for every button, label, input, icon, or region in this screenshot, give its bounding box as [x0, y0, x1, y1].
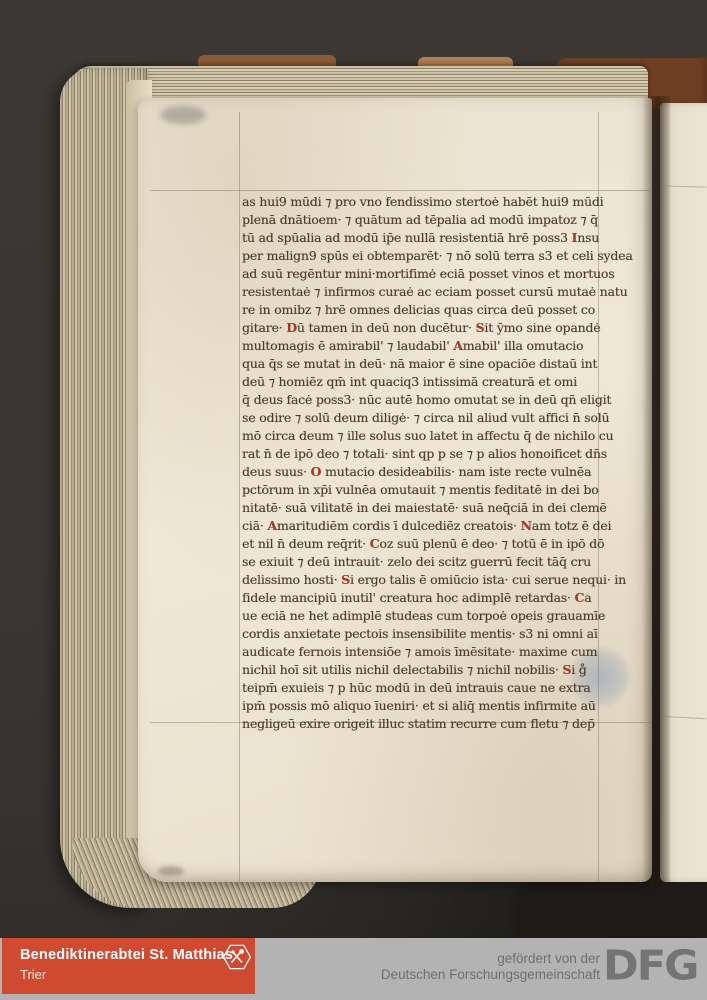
manuscript-text-line: nichil hoī sit utilis nichil delectabili… [242, 661, 614, 679]
manuscript-text-line: rat n̄ de ipō deo ⁊ totali· sint qp p se… [242, 445, 614, 463]
manuscript-text-line: per malign9 spūs ei obtemparēt· ⁊ nō sol… [242, 247, 614, 265]
manuscript-text-line: se odire ⁊ solū deum diligė· ⁊ circa nil… [242, 409, 614, 427]
funding-credit-line1: gefördert von der [381, 951, 600, 967]
manuscript-text-line: ue eciā ne het adimplē studeas cum torpo… [242, 607, 614, 625]
ruling-line [150, 190, 650, 191]
manuscript-text-line: tū ad spūalia ad modū ip̄e nullā resiste… [242, 229, 614, 247]
manuscript-text-line: re in omibz ⁊ hrē omnes delicias quas ci… [242, 301, 614, 319]
manuscript-text-line: deū ⁊ homiēz qm̄ int quaciq3 intissimā c… [242, 373, 614, 391]
ownership-banner: Benediktinerabtei St. Matthias Trier [2, 938, 255, 994]
smudge-mark [160, 106, 206, 124]
manuscript-text-line: resistentaė ⁊ infirmos curaė ac eciam po… [242, 283, 614, 301]
manuscript-text-line: audicate fernois intensiōe ⁊ amois īmēsi… [242, 643, 614, 661]
manuscript-text-line: pctōrum in xp̄i vulnēa omutauit ⁊ mentis… [242, 481, 614, 499]
manuscript-text-line: plenā dnātioem· ⁊ quātum ad tēpalia ad m… [242, 211, 614, 229]
manuscript-text-line: ad suū regēntur mini·mortifimė eciā poss… [242, 265, 614, 283]
manuscript-text-line: q̄ deus facė poss3· nūc autē homo omutat… [242, 391, 614, 409]
banner-title: Benediktinerabtei St. Matthias [20, 947, 233, 963]
manuscript-text-line: deus suus· O mutacio desideabilis· nam i… [242, 463, 614, 481]
abbey-emblem-icon [222, 942, 252, 972]
manuscript-text: as hui9 mūdi ⁊ pro vno fendissimo sterto… [242, 193, 614, 733]
footer-bar: Benediktinerabtei St. Matthias Trier gef… [0, 938, 707, 1000]
manuscript-text-line: gitare· Dū tamen in deū non ducētur· Sit… [242, 319, 614, 337]
manuscript-text-line: teipm̄ exuieis ⁊ p hūc modū in deū intra… [242, 679, 614, 697]
manuscript-text-line: delissimo hosti· Si ergo talis ē omiūcio… [242, 571, 614, 589]
manuscript-text-line: qua q̄s se mutat in deū· nā maior ē sine… [242, 355, 614, 373]
dfg-logo: DFG [603, 947, 703, 987]
funding-credit-line2: Deutschen Forschungsgemeinschaft [381, 967, 600, 983]
manuscript-text-line: cordis anxietate pectois insensibilite m… [242, 625, 614, 643]
ruling-line [239, 112, 240, 882]
manuscript-text-line: mō circa deum ⁊ ille solus suo latet in … [242, 427, 614, 445]
manuscript-text-line: as hui9 mūdi ⁊ pro vno fendissimo sterto… [242, 193, 614, 211]
manuscript-text-line: se exiuit ⁊ deū intrauit· zelo dei scitz… [242, 553, 614, 571]
gutter-shadow [642, 96, 670, 888]
photo-backdrop: as hui9 mūdi ⁊ pro vno fendissimo sterto… [0, 0, 707, 1000]
manuscript-text-line: ipm̄ possis mō aliquo īueniri· et si ali… [242, 697, 614, 715]
manuscript-text-line: negligeū exire origeit illuc statim recu… [242, 715, 614, 733]
manuscript-text-line: nitatē· suā vilitatē in dei maiestatē· s… [242, 499, 614, 517]
pencil-mark [158, 866, 184, 876]
manuscript-text-line: et nil n̄ deum req̄rit· Coz suū plenū ē … [242, 535, 614, 553]
manuscript-text-line: ciā· Amaritudiēm cordis ī dulcediēz crea… [242, 517, 614, 535]
banner-subtitle: Trier [20, 967, 46, 982]
funding-credit: gefördert von der Deutschen Forschungsge… [381, 951, 600, 983]
manuscript-text-line: multomagis ē amirabil' ⁊ laudabil' Amabi… [242, 337, 614, 355]
manuscript-text-line: fidele mancipiū inutil' creatura hoc adi… [242, 589, 614, 607]
